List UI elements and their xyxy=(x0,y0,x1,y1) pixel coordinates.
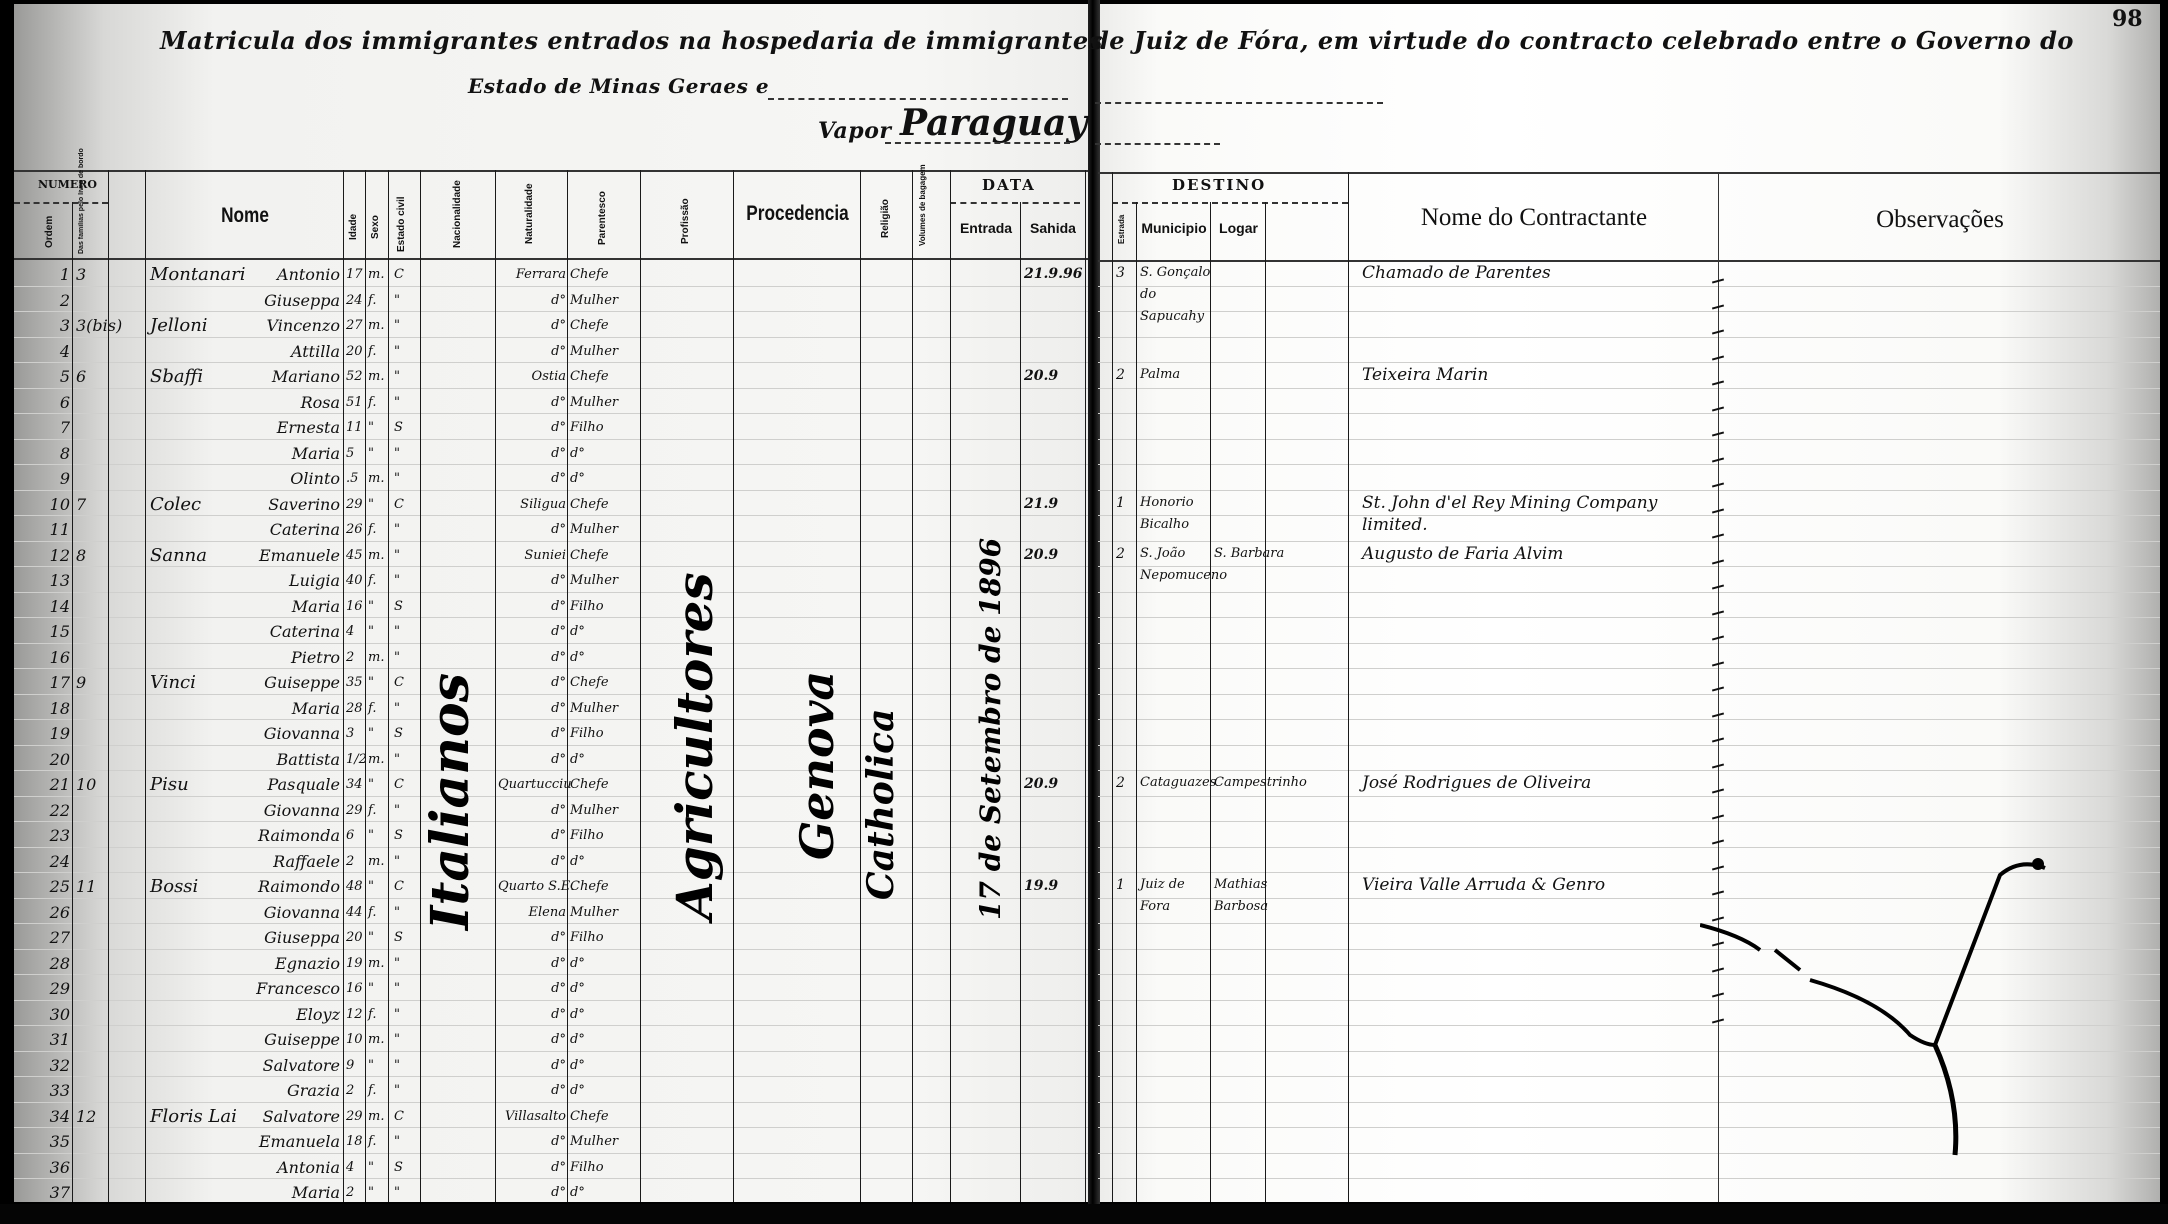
destino-logar: S. Barbara xyxy=(1214,543,1324,565)
sahida-date: 21.9 xyxy=(1024,492,1058,517)
naturalidade: d° xyxy=(498,1129,566,1154)
surname: Vinci xyxy=(150,670,240,695)
col-divider xyxy=(145,170,146,1202)
row-number: 19 xyxy=(46,721,70,746)
civil-status: S xyxy=(394,594,418,619)
naturalidade: Siligua xyxy=(498,492,566,517)
civil-status: " xyxy=(394,951,418,976)
col-divider xyxy=(1265,202,1266,1202)
row-number: 34 xyxy=(46,1104,70,1129)
row-number: 11 xyxy=(46,517,70,542)
parentesco: Chefe xyxy=(570,364,640,389)
family-number: 7 xyxy=(76,492,108,517)
civil-status: " xyxy=(394,1027,418,1052)
naturalidade: Villasalto xyxy=(498,1104,566,1129)
numero-sub-rule xyxy=(14,202,108,204)
naturalidade: d° xyxy=(498,1180,566,1205)
naturalidade: d° xyxy=(498,976,566,1001)
title-line-2: Estado de Minas Geraes e xyxy=(468,74,769,98)
given-name: Giovanna xyxy=(240,721,340,746)
civil-status: " xyxy=(394,339,418,364)
scan-border xyxy=(0,1204,2168,1224)
parentesco: Chefe xyxy=(570,874,640,899)
col-divider xyxy=(388,170,389,1202)
contractante-name: José Rodrigues de Oliveira xyxy=(1362,772,1722,794)
given-name: Grazia xyxy=(240,1078,340,1103)
estrada-number: 2 xyxy=(1116,772,1132,794)
procedencia-entry: Genova xyxy=(790,610,845,860)
contractante-name: Augusto de Faria Alvim xyxy=(1362,543,1722,565)
family-number: 9 xyxy=(76,670,108,695)
civil-status: " xyxy=(394,288,418,313)
parentesco: d° xyxy=(570,747,640,772)
naturalidade: d° xyxy=(498,517,566,542)
sahida-date: 20.9 xyxy=(1024,364,1058,389)
book-gutter xyxy=(1088,0,1100,1224)
naturalidade: Ostia xyxy=(498,364,566,389)
row-number: 12 xyxy=(46,543,70,568)
given-name: Maria xyxy=(240,1180,340,1205)
given-name: Giuseppa xyxy=(240,288,340,313)
given-name: Saverino xyxy=(240,492,340,517)
row-number: 29 xyxy=(46,976,70,1001)
row-number: 17 xyxy=(46,670,70,695)
sex: " xyxy=(368,721,388,746)
civil-status: " xyxy=(394,1002,418,1027)
given-name: Olinto xyxy=(240,466,340,491)
sex: m. xyxy=(368,645,388,670)
parentesco: d° xyxy=(570,1027,640,1052)
naturalidade: d° xyxy=(498,288,566,313)
age: 52 xyxy=(346,364,366,389)
given-name: Eloyz xyxy=(240,1002,340,1027)
row-number: 7 xyxy=(46,415,70,440)
naturalidade: d° xyxy=(498,1078,566,1103)
given-name: Maria xyxy=(240,441,340,466)
sex: " xyxy=(368,976,388,1001)
surname: Sanna xyxy=(150,543,240,568)
given-name: Raffaele xyxy=(240,849,340,874)
contractante-name: Vieira Valle Arruda & Genro xyxy=(1362,874,1722,896)
parentesco: d° xyxy=(570,441,640,466)
col-divider xyxy=(1112,172,1113,1202)
given-name: Giovanna xyxy=(240,900,340,925)
row-number: 1 xyxy=(46,262,70,287)
civil-status: C xyxy=(394,262,418,287)
naturalidade: d° xyxy=(498,1002,566,1027)
surname: Pisu xyxy=(150,772,240,797)
row-number: 30 xyxy=(46,1002,70,1027)
parentesco: Filho xyxy=(570,721,640,746)
sex: " xyxy=(368,670,388,695)
given-name: Ernesta xyxy=(240,415,340,440)
row-rule xyxy=(1098,362,2160,363)
parentesco: Mulher xyxy=(570,1129,640,1154)
age: 27 xyxy=(346,313,366,338)
family-number: 11 xyxy=(76,874,108,899)
sex: f. xyxy=(368,517,388,542)
header-contractante: Nome do Contractante xyxy=(1350,204,1718,232)
surname: Jelloni xyxy=(150,313,240,338)
row-rule xyxy=(1098,337,2160,338)
parentesco: Chefe xyxy=(570,772,640,797)
col-divider xyxy=(1136,202,1137,1202)
row-number: 27 xyxy=(46,925,70,950)
header-sexo: Sexo xyxy=(370,212,381,242)
destino-municipio: Cataguazes xyxy=(1140,772,1212,794)
row-number: 36 xyxy=(46,1155,70,1180)
surname: Floris Lai xyxy=(150,1104,240,1129)
col-divider xyxy=(640,170,641,1202)
naturalidade: d° xyxy=(498,415,566,440)
row-rule xyxy=(1098,770,2160,771)
civil-status: C xyxy=(394,492,418,517)
header-nome: Nome xyxy=(192,204,299,228)
estrada-number: 2 xyxy=(1116,364,1132,386)
age: 9 xyxy=(346,1053,366,1078)
given-name: Battista xyxy=(240,747,340,772)
row-rule xyxy=(1098,490,2160,491)
sex: f. xyxy=(368,390,388,415)
given-name: Pietro xyxy=(240,645,340,670)
row-number: 21 xyxy=(46,772,70,797)
family-number: 8 xyxy=(76,543,108,568)
age: 26 xyxy=(346,517,366,542)
given-name: Caterina xyxy=(240,517,340,542)
parentesco: d° xyxy=(570,466,640,491)
age: 20 xyxy=(346,925,366,950)
age: 40 xyxy=(346,568,366,593)
naturalidade: d° xyxy=(498,925,566,950)
given-name: Pasquale xyxy=(240,772,340,797)
contractante-name: Teixeira Marin xyxy=(1362,364,1722,386)
header-observacoes: Observações xyxy=(1720,206,2160,234)
row-number: 37 xyxy=(46,1180,70,1205)
row-number: 16 xyxy=(46,645,70,670)
age: 18 xyxy=(346,1129,366,1154)
header-idade: Idade xyxy=(348,212,359,242)
naturalidade: d° xyxy=(498,721,566,746)
sex: m. xyxy=(368,849,388,874)
age: 44 xyxy=(346,900,366,925)
age: 51 xyxy=(346,390,366,415)
given-name: Vincenzo xyxy=(240,313,340,338)
header-religiao: Religião xyxy=(880,196,891,242)
row-rule xyxy=(1098,796,2160,797)
row-rule xyxy=(1098,566,2160,567)
family-number: 12 xyxy=(76,1104,108,1129)
row-number: 35 xyxy=(46,1129,70,1154)
destino-municipio: S. Gonçalo do Sapucahy xyxy=(1140,262,1212,328)
sex: f. xyxy=(368,1129,388,1154)
sex: f. xyxy=(368,288,388,313)
sex: m. xyxy=(368,543,388,568)
parentesco: Chefe xyxy=(570,492,640,517)
age: 29 xyxy=(346,1104,366,1129)
civil-status: S xyxy=(394,925,418,950)
page-number: 98 xyxy=(2112,6,2143,32)
header-volumes: Volumes de bagagem xyxy=(918,188,944,246)
row-number: 18 xyxy=(46,696,70,721)
age: 12 xyxy=(346,1002,366,1027)
row-number: 10 xyxy=(46,492,70,517)
given-name: Salvatore xyxy=(240,1104,340,1129)
parentesco: d° xyxy=(570,849,640,874)
civil-status: " xyxy=(394,900,418,925)
row-number: 24 xyxy=(46,849,70,874)
age: 35 xyxy=(346,670,366,695)
given-name: Francesco xyxy=(240,976,340,1001)
sex: f. xyxy=(368,339,388,364)
given-name: Giovanna xyxy=(240,798,340,823)
blank-line xyxy=(885,142,1070,144)
estrada-number: 1 xyxy=(1116,492,1132,514)
sex: " xyxy=(368,441,388,466)
parentesco: d° xyxy=(570,951,640,976)
naturalidade: d° xyxy=(498,466,566,491)
naturalidade: d° xyxy=(498,798,566,823)
parentesco: Chefe xyxy=(570,313,640,338)
row-number: 9 xyxy=(46,466,70,491)
naturalidade: d° xyxy=(498,441,566,466)
header-logar: Logar xyxy=(1212,220,1265,236)
col-divider xyxy=(72,202,73,1202)
parentesco: Filho xyxy=(570,1155,640,1180)
family-number: 10 xyxy=(76,772,108,797)
estrada-number: 2 xyxy=(1116,543,1132,565)
destino-municipio: S. João Nepomuceno xyxy=(1140,543,1212,587)
col-divider xyxy=(1085,170,1086,1202)
parentesco: d° xyxy=(570,1180,640,1205)
parentesco: d° xyxy=(570,645,640,670)
religiao-entry: Catholica xyxy=(860,660,908,900)
civil-status: " xyxy=(394,1053,418,1078)
sex: m. xyxy=(368,747,388,772)
sex: m. xyxy=(368,1027,388,1052)
parentesco: d° xyxy=(570,1053,640,1078)
sex: m. xyxy=(368,466,388,491)
naturalidade: d° xyxy=(498,670,566,695)
naturalidade: d° xyxy=(498,1027,566,1052)
header-naturalidade: Naturalidade xyxy=(524,176,535,252)
parentesco: Chefe xyxy=(570,262,640,287)
sex: f. xyxy=(368,568,388,593)
given-name: Antonio xyxy=(240,262,340,287)
sex: " xyxy=(368,1155,388,1180)
sex: " xyxy=(368,619,388,644)
parentesco: Filho xyxy=(570,415,640,440)
given-name: Egnazio xyxy=(240,951,340,976)
naturalidade: d° xyxy=(498,696,566,721)
destino-municipio: Palma xyxy=(1140,364,1212,386)
parentesco: Mulher xyxy=(570,798,640,823)
sex: m. xyxy=(368,313,388,338)
civil-status: " xyxy=(394,849,418,874)
naturalidade: Quartucciu xyxy=(498,772,566,797)
age: 2 xyxy=(346,645,366,670)
given-name: Raimonda xyxy=(240,823,340,848)
sex: " xyxy=(368,1053,388,1078)
naturalidade: d° xyxy=(498,339,566,364)
age: 24 xyxy=(346,288,366,313)
civil-status: S xyxy=(394,415,418,440)
parentesco: Mulher xyxy=(570,339,640,364)
civil-status: S xyxy=(394,1155,418,1180)
civil-status: " xyxy=(394,517,418,542)
header-entrada: Entrada xyxy=(952,220,1020,236)
given-name: Attilla xyxy=(240,339,340,364)
age: 16 xyxy=(346,594,366,619)
given-name: Maria xyxy=(240,696,340,721)
given-name: Raimondo xyxy=(240,874,340,899)
vapor-label: Vapor xyxy=(818,118,891,144)
naturalidade: d° xyxy=(498,1053,566,1078)
age: 20 xyxy=(346,339,366,364)
given-name: Giuseppa xyxy=(240,925,340,950)
surname: Sbaffi xyxy=(150,364,240,389)
surname: Colec xyxy=(150,492,240,517)
given-name: Luigia xyxy=(240,568,340,593)
row-rule xyxy=(1098,617,2160,618)
given-name: Rosa xyxy=(240,390,340,415)
parentesco: Filho xyxy=(570,594,640,619)
age: 16 xyxy=(346,976,366,1001)
row-rule xyxy=(1098,439,2160,440)
age: 34 xyxy=(346,772,366,797)
age: .5 xyxy=(346,466,366,491)
sex: " xyxy=(368,823,388,848)
row-rule xyxy=(1098,719,2160,720)
col-divider xyxy=(950,170,951,1202)
civil-status: " xyxy=(394,1129,418,1154)
age: 2 xyxy=(346,1078,366,1103)
naturalidade: Quarto S.E. xyxy=(498,874,566,899)
age: 6 xyxy=(346,823,366,848)
profissao-entry: Agricultores xyxy=(665,560,737,920)
civil-status: C xyxy=(394,772,418,797)
age: 29 xyxy=(346,492,366,517)
naturalidade: d° xyxy=(498,619,566,644)
civil-status: " xyxy=(394,747,418,772)
row-number: 33 xyxy=(46,1078,70,1103)
header-parentesco: Parentesco xyxy=(597,186,608,250)
civil-status: " xyxy=(394,543,418,568)
civil-status: " xyxy=(394,313,418,338)
sex: f. xyxy=(368,1002,388,1027)
age: 28 xyxy=(346,696,366,721)
header-top-rule xyxy=(1098,172,2160,174)
header-profissao: Profissão xyxy=(680,196,691,246)
row-rule xyxy=(1098,668,2160,669)
data-sub-rule xyxy=(950,202,1080,204)
row-rule xyxy=(1098,413,2160,414)
col-divider xyxy=(1348,172,1349,1202)
parentesco: Chefe xyxy=(570,543,640,568)
sex: " xyxy=(368,772,388,797)
given-name: Mariano xyxy=(240,364,340,389)
parentesco: Filho xyxy=(570,823,640,848)
naturalidade: d° xyxy=(498,568,566,593)
family-number: 3 xyxy=(76,262,108,287)
civil-status: " xyxy=(394,1180,418,1205)
destino-logar: Campestrinho xyxy=(1214,772,1324,794)
row-number: 6 xyxy=(46,390,70,415)
age: 48 xyxy=(346,874,366,899)
parentesco: Mulher xyxy=(570,517,640,542)
sex: " xyxy=(368,415,388,440)
age: 19 xyxy=(346,951,366,976)
civil-status: " xyxy=(394,441,418,466)
civil-status: " xyxy=(394,390,418,415)
age: 4 xyxy=(346,619,366,644)
blank-line xyxy=(1095,143,1220,145)
given-name: Maria xyxy=(240,594,340,619)
row-rule xyxy=(1098,388,2160,389)
sahida-date: 19.9 xyxy=(1024,874,1058,899)
header-sahida: Sahida xyxy=(1022,220,1084,236)
row-rule xyxy=(1098,694,2160,695)
parentesco: Mulher xyxy=(570,390,640,415)
row-number: 8 xyxy=(46,441,70,466)
row-number: 32 xyxy=(46,1053,70,1078)
age: 3 xyxy=(346,721,366,746)
naturalidade: Suniei xyxy=(498,543,566,568)
sex: m. xyxy=(368,951,388,976)
row-number: 3 xyxy=(46,313,70,338)
row-rule xyxy=(1098,311,2160,312)
age: 1/2 xyxy=(346,747,366,772)
header-estado-civil: Estado civil xyxy=(396,206,407,252)
header-estrada: Estrada xyxy=(1117,212,1126,246)
row-number: 25 xyxy=(46,874,70,899)
header-ordem: Ordem xyxy=(44,212,55,252)
civil-status: " xyxy=(394,1078,418,1103)
civil-status: C xyxy=(394,874,418,899)
sex: f. xyxy=(368,1078,388,1103)
header-municipio: Municipio xyxy=(1138,220,1210,236)
blank-line xyxy=(768,98,1068,100)
row-number: 4 xyxy=(46,339,70,364)
row-number: 28 xyxy=(46,951,70,976)
parentesco: Mulher xyxy=(570,288,640,313)
header-numero: NUMERO xyxy=(38,178,97,191)
col-divider xyxy=(567,170,568,1202)
civil-status: " xyxy=(394,696,418,721)
col-divider xyxy=(912,170,913,1202)
vapor-value: Paraguay xyxy=(900,102,1087,144)
sex: f. xyxy=(368,900,388,925)
naturalidade: d° xyxy=(498,823,566,848)
sex: " xyxy=(368,594,388,619)
destino-sub-rule xyxy=(1112,202,1348,204)
sex: f. xyxy=(368,696,388,721)
destino-logar: Mathias Barbosa xyxy=(1214,874,1324,918)
naturalidade: d° xyxy=(498,313,566,338)
col-divider xyxy=(1020,202,1021,1202)
sex: " xyxy=(368,1180,388,1205)
sex: " xyxy=(368,925,388,950)
given-name: Salvatore xyxy=(240,1053,340,1078)
civil-status: C xyxy=(394,1104,418,1129)
row-number: 22 xyxy=(46,798,70,823)
age: 45 xyxy=(346,543,366,568)
age: 10 xyxy=(346,1027,366,1052)
civil-status: " xyxy=(394,568,418,593)
row-number: 15 xyxy=(46,619,70,644)
col-divider xyxy=(343,170,344,1202)
title-line-1-left: Matricula dos immigrantes entrados na ho… xyxy=(160,26,1103,55)
civil-status: S xyxy=(394,823,418,848)
